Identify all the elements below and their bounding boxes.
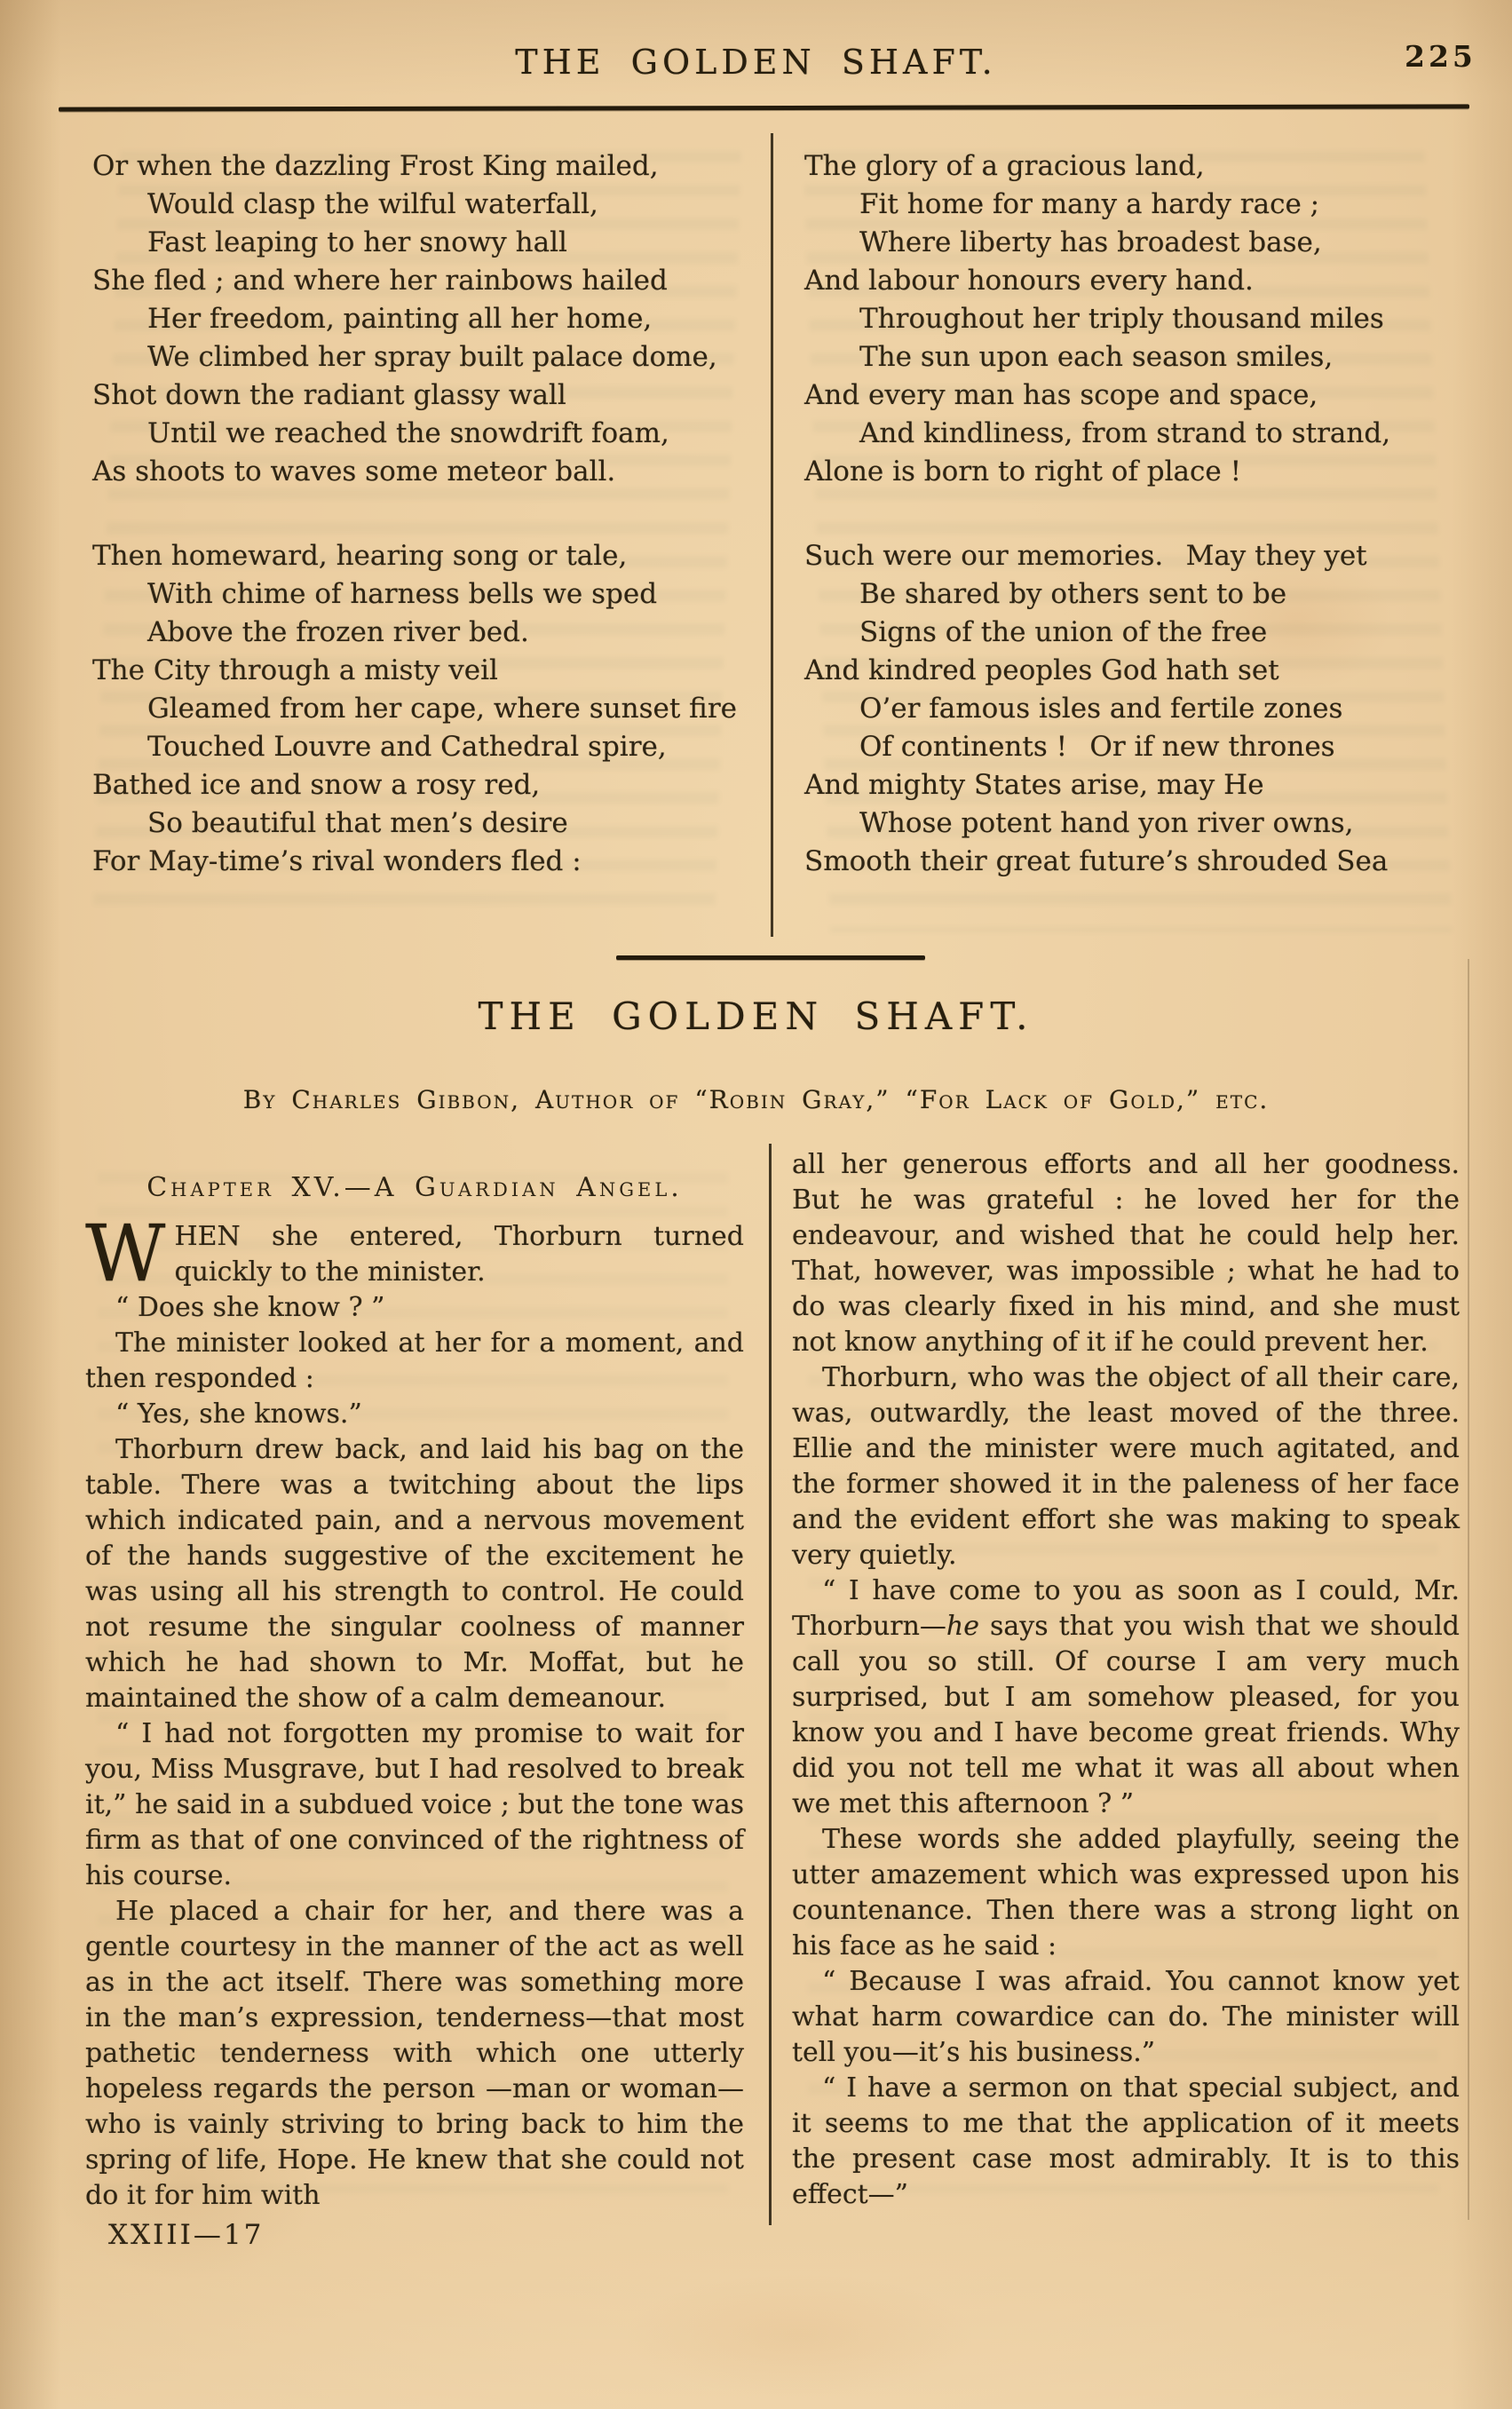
story-paragraph: Thorburn drew back, and laid his bag on … <box>85 1432 744 1716</box>
poem-line: Fit home for many a hardy race ; <box>804 186 1477 224</box>
poem-line: The City through a misty veil <box>92 652 751 690</box>
poem-line: Above the frozen river bed. <box>92 614 751 652</box>
poem-line: Be shared by others sent to be <box>804 575 1477 614</box>
poem-line: And mighty States arise, may He <box>804 766 1477 804</box>
poem-line: Then homeward, hearing song or tale, <box>92 537 751 575</box>
poem-line: And every man has scope and space, <box>804 376 1477 415</box>
poem-stanza: Such were our memories. May they yet Be … <box>804 537 1477 881</box>
story-paragraph: all her generous efforts and all her goo… <box>792 1147 1460 1360</box>
printers-signature: XXIII—17 <box>85 2219 744 2251</box>
poem-line: Gleamed from her cape, where sunset fire <box>92 690 751 728</box>
paper-stain <box>621 2273 977 2397</box>
story-paragraph: “ I had not forgotten my promise to wait… <box>85 1716 744 1894</box>
page-edge-line <box>1468 959 1469 2220</box>
story-paragraph: The minister looked at her for a moment,… <box>85 1326 744 1397</box>
header-rule <box>59 104 1469 111</box>
story-paragraph: “ I have a sermon on that special subjec… <box>792 2071 1460 2213</box>
poem-stanza: Or when the dazzling Frost King mailed, … <box>92 147 751 491</box>
byline: By Charles Gibbon, Author of “Robin Gray… <box>0 1085 1512 1114</box>
story-title: THE GOLDEN SHAFT. <box>0 995 1512 1038</box>
poem-line: And kindliness, from strand to strand, <box>804 415 1477 453</box>
story-paragraph: “ Because I was afraid. You cannot know … <box>792 1964 1460 2071</box>
poem-line: Alone is born to right of place ! <box>804 453 1477 491</box>
poem-line: We climbed her spray built palace dome, <box>92 338 751 376</box>
poem-line: The sun upon each season smiles, <box>804 338 1477 376</box>
poem-line: Until we reached the snowdrift foam, <box>92 415 751 453</box>
running-title: THE GOLDEN SHAFT. <box>0 43 1512 82</box>
poem-line: Shot down the radiant glassy wall <box>92 376 751 415</box>
story-paragraph: He placed a chair for her, and there was… <box>85 1894 744 2214</box>
story-column-divider <box>769 1144 772 2225</box>
poem-line: Of continents ! Or if new thrones <box>804 728 1477 766</box>
story-paragraph: “ Yes, she knows.” <box>85 1397 744 1432</box>
story-column-left: Chapter XV.—A Guardian Angel. WHEN she e… <box>85 1147 744 2251</box>
poem-line: Would clasp the wilful waterfall, <box>92 186 751 224</box>
poem-column-left: Or when the dazzling Frost King mailed, … <box>92 147 751 927</box>
poem-column-right: The glory of a gracious land, Fit home f… <box>804 147 1477 927</box>
story-paragraph: “ I have come to you as soon as I could,… <box>792 1573 1460 1822</box>
story-paragraph: These words she added playfully, seeing … <box>792 1822 1460 1964</box>
poem-stanza: The glory of a gracious land, Fit home f… <box>804 147 1477 491</box>
scanned-page: THE GOLDEN SHAFT. 225 Or when the dazzli… <box>0 0 1512 2409</box>
opening-text: HEN she entered, Thorburn turned quickly… <box>174 1221 744 1288</box>
poem-line: With chime of harness bells we sped <box>92 575 751 614</box>
poem-column-divider <box>771 133 773 937</box>
poem-line: She fled ; and where her rainbows hailed <box>92 262 751 300</box>
story-paragraph: Thorburn, who was the object of all thei… <box>792 1360 1460 1573</box>
poem-line: Or when the dazzling Frost King mailed, <box>92 147 751 186</box>
quote-text-after: says that you wish that we should call y… <box>792 1611 1460 1819</box>
poem-line: Signs of the union of the free <box>804 614 1477 652</box>
story-paragraph: “ Does she know ? ” <box>85 1290 744 1326</box>
poem-stanza: Then homeward, hearing song or tale, Wit… <box>92 537 751 881</box>
poem-line: Touched Louvre and Cathedral spire, <box>92 728 751 766</box>
poem-line: Her freedom, painting all her home, <box>92 300 751 338</box>
poem-line: Fast leaping to her snowy hall <box>92 224 751 262</box>
poem-line: Smooth their great future’s shrouded Sea <box>804 843 1477 881</box>
opening-paragraph: WHEN she entered, Thorburn turned quickl… <box>85 1219 744 1290</box>
poem-line: So beautiful that men’s desire <box>92 804 751 843</box>
emphasized-word: he <box>946 1611 979 1642</box>
poem-line: As shoots to waves some meteor ball. <box>92 453 751 491</box>
drop-cap: W <box>85 1219 174 1283</box>
poem-line: Bathed ice and snow a rosy red, <box>92 766 751 804</box>
poem-line: And kindred peoples God hath set <box>804 652 1477 690</box>
poem-line: Throughout her triply thousand miles <box>804 300 1477 338</box>
poem-line: Whose potent hand yon river owns, <box>804 804 1477 843</box>
poem-line: O’er famous isles and fertile zones <box>804 690 1477 728</box>
page-number: 225 <box>1405 39 1484 74</box>
chapter-heading: Chapter XV.—A Guardian Angel. <box>85 1172 744 1203</box>
poem-line: The glory of a gracious land, <box>804 147 1477 186</box>
story-column-right: all her generous efforts and all her goo… <box>792 1147 1460 2213</box>
poem-line: Where liberty has broadest base, <box>804 224 1477 262</box>
poem-line: And labour honours every hand. <box>804 262 1477 300</box>
section-divider-rule <box>616 955 925 960</box>
poem-line: For May-time’s rival wonders fled : <box>92 843 751 881</box>
poem-line: Such were our memories. May they yet <box>804 537 1477 575</box>
